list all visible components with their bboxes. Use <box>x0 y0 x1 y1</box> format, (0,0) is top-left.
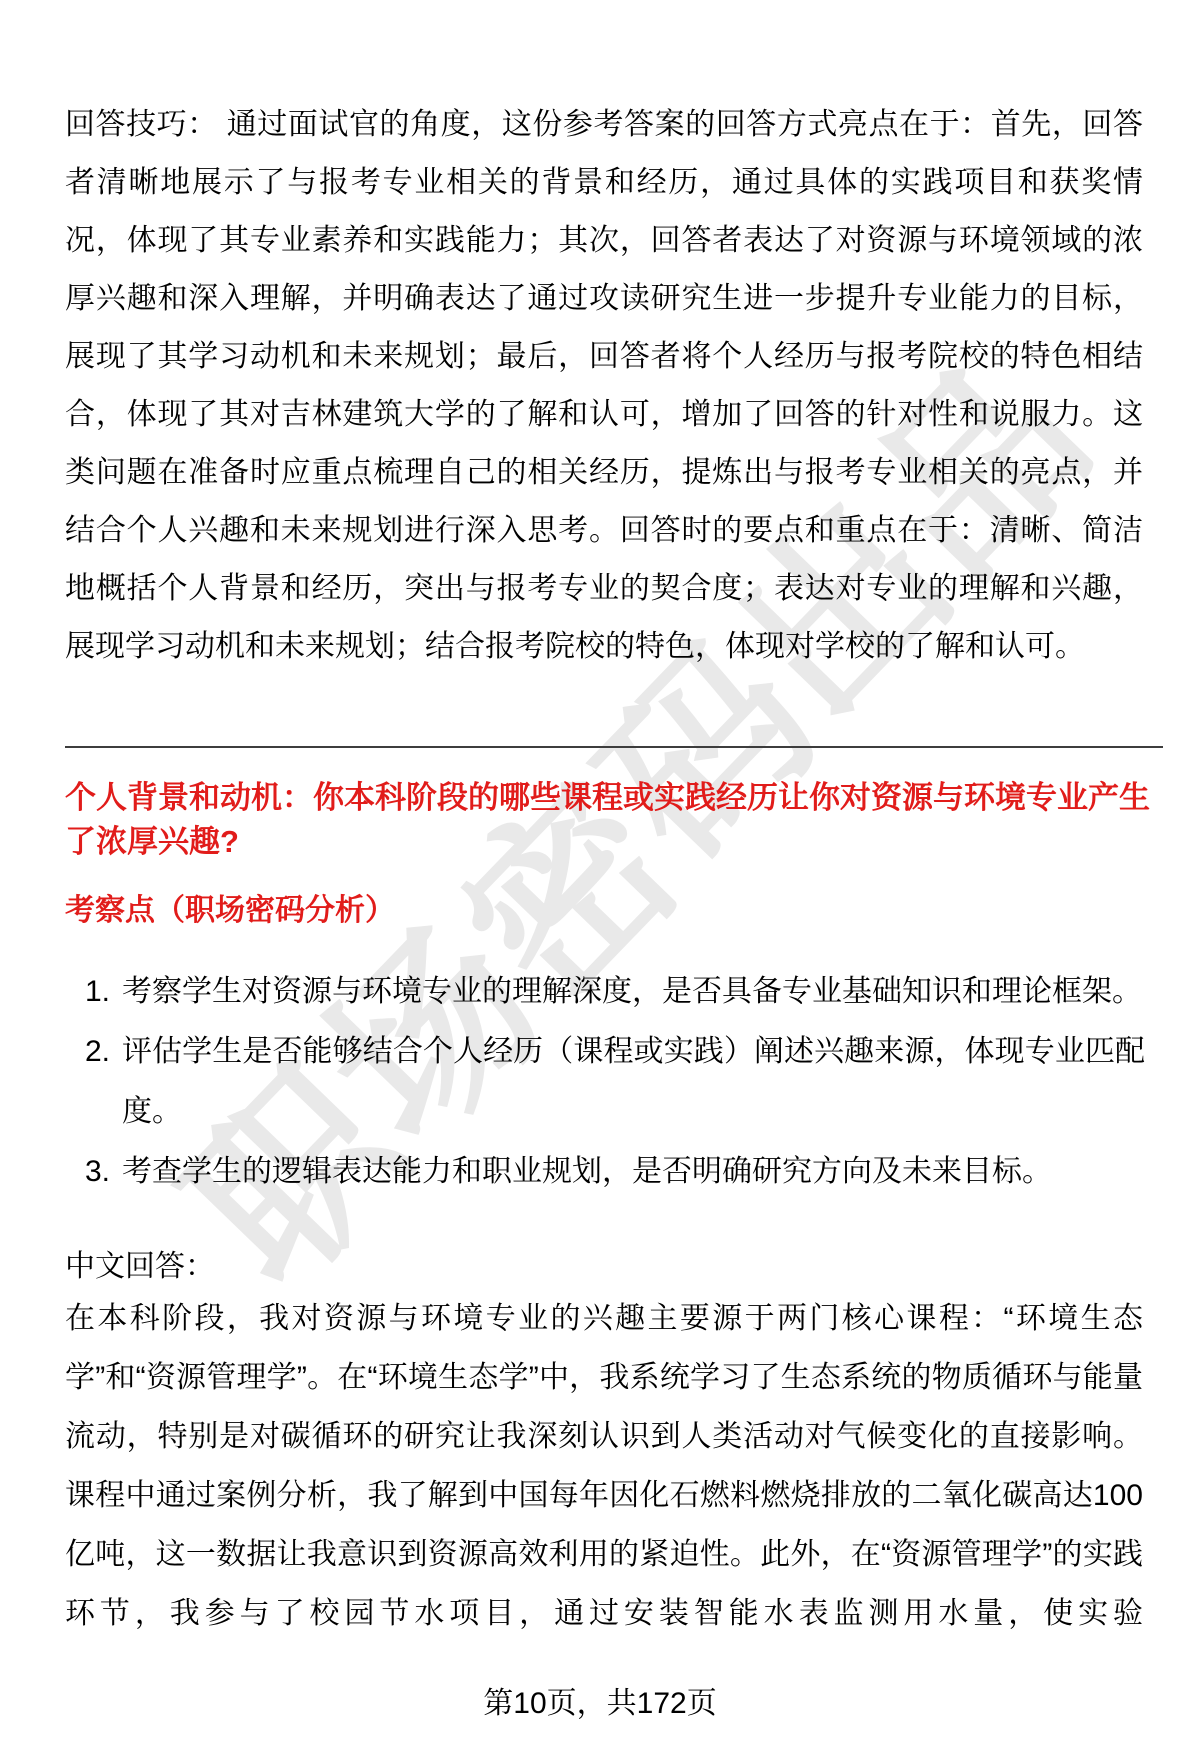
answer-tips-paragraph: 回答技巧： 通过面试官的角度，这份参考答案的回答方式亮点在于：首先，回答者清晰地… <box>65 96 1143 676</box>
chinese-answer-paragraph: 在本科阶段，我对资源与环境专业的兴趣主要源于两门核心课程：“环境生态学”和“资源… <box>65 1289 1143 1643</box>
list-number: 1. <box>85 962 122 1022</box>
analysis-point-3: 3. 考查学生的逻辑表达能力和职业规划，是否明确研究方向及未来目标。 <box>85 1142 1145 1202</box>
analysis-points-list: 1. 考察学生对资源与环境专业的理解深度，是否具备专业基础知识和理论框架。 2.… <box>85 962 1145 1202</box>
analysis-heading: 考察点（职场密码分析） <box>65 889 1150 933</box>
analysis-point-2: 2. 评估学生是否能够结合个人经历（课程或实践）阐述兴趣来源，体现专业匹配度。 <box>85 1022 1145 1142</box>
list-text: 考察学生对资源与环境专业的理解深度，是否具备专业基础知识和理论框架。 <box>122 962 1145 1022</box>
page-content: 回答技巧： 通过面试官的角度，这份参考答案的回答方式亮点在于：首先，回答者清晰地… <box>0 0 1200 1755</box>
page-number-indicator: 第10页，共172页 <box>0 1688 1200 1720</box>
list-text: 考查学生的逻辑表达能力和职业规划，是否明确研究方向及未来目标。 <box>122 1142 1145 1202</box>
list-text: 评估学生是否能够结合个人经历（课程或实践）阐述兴趣来源，体现专业匹配度。 <box>122 1022 1145 1142</box>
analysis-point-1: 1. 考察学生对资源与环境专业的理解深度，是否具备专业基础知识和理论框架。 <box>85 962 1145 1022</box>
list-number: 2. <box>85 1022 122 1142</box>
chinese-answer-label: 中文回答： <box>65 1237 215 1297</box>
document-page: 职场密码出品 回答技巧： 通过面试官的角度，这份参考答案的回答方式亮点在于：首先… <box>0 0 1200 1755</box>
question-heading: 个人背景和动机：你本科阶段的哪些课程或实践经历让你对资源与环境专业产生了浓厚兴趣… <box>65 776 1150 864</box>
list-number: 3. <box>85 1142 122 1202</box>
section-divider <box>65 746 1163 748</box>
